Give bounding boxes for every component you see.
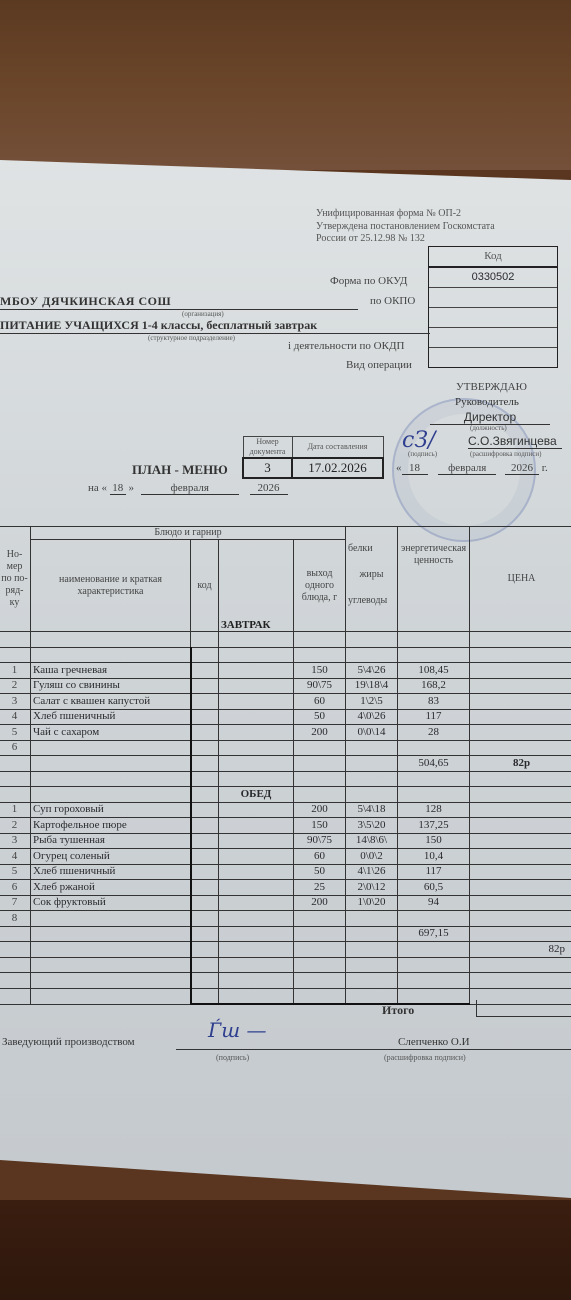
dish-code <box>191 663 219 679</box>
blank-row <box>0 957 571 973</box>
dish-price <box>470 833 571 849</box>
code-box-header: Код <box>429 247 557 268</box>
dish-name <box>31 911 191 927</box>
row-number: 6 <box>0 880 31 896</box>
dish-energy: 28 <box>398 725 470 741</box>
dish-yield: 25 <box>294 880 346 896</box>
okpo-value <box>429 288 557 308</box>
table-row: 5Хлеб пшеничный504\1\26117 <box>0 864 571 880</box>
table-row: 1Каша гречневая1505\4\26108,45 <box>0 663 571 679</box>
meal-col <box>219 694 294 710</box>
meal-col <box>219 678 294 694</box>
dish-code <box>191 818 219 834</box>
doc-number-label: Номер документа <box>243 437 292 459</box>
dish-name: Огурец соленый <box>31 849 191 865</box>
dish-name: Гуляш со свинины <box>31 678 191 694</box>
header-energy: энергетическая ценность <box>398 527 470 632</box>
footer-role: Заведующий производством <box>2 1036 135 1048</box>
row-number: 5 <box>0 725 31 741</box>
dish-bju: 4\1\26 <box>346 864 398 880</box>
approval-name-caption: (расшифровка подписи) <box>470 450 541 458</box>
dish-price <box>470 818 571 834</box>
dish-energy: 83 <box>398 694 470 710</box>
dish-code <box>191 802 219 818</box>
header-carbs: углеводы <box>348 595 395 607</box>
dish-energy: 128 <box>398 802 470 818</box>
dish-energy: 10,4 <box>398 849 470 865</box>
dish-yield: 150 <box>294 663 346 679</box>
form-header-line2: Утверждена постановлением Госкомстата <box>316 221 495 234</box>
itogo-label: Итого <box>382 1003 414 1018</box>
dish-name: Картофельное пюре <box>31 818 191 834</box>
form-header-line3: России от 25.12.98 № 132 <box>316 233 495 246</box>
lunch-header-row: ОБЕД <box>0 787 571 803</box>
code-empty-value <box>429 308 557 328</box>
operation-type-label: Вид операции <box>346 359 412 371</box>
footer-name-caption: (расшифровка подписи) <box>384 1053 466 1062</box>
approval-year-suffix: г. <box>542 462 548 474</box>
meal-col <box>219 833 294 849</box>
dish-name: Салат с квашен капустой <box>31 694 191 710</box>
approval-name: С.О.Звягинцева <box>468 434 562 449</box>
dish-code <box>191 725 219 741</box>
row-number: 6 <box>0 740 31 756</box>
dish-name: Суп гороховый <box>31 802 191 818</box>
meal-col <box>219 895 294 911</box>
dish-price <box>470 725 571 741</box>
menu-for-month: февраля <box>141 482 239 495</box>
meal-col <box>219 849 294 865</box>
dish-name: Каша гречневая <box>31 663 191 679</box>
dish-name: Хлеб ржаной <box>31 880 191 896</box>
lunch-rows: 1Суп гороховый2005\4\181282Картофельное … <box>0 802 571 926</box>
okpo-label: по ОКПО <box>370 295 415 307</box>
dish-price <box>470 709 571 725</box>
footer-signature-line <box>176 1049 571 1050</box>
dish-name <box>31 740 191 756</box>
lunch-total-row: 697,15 <box>0 926 571 942</box>
dish-energy <box>398 740 470 756</box>
row-number: 1 <box>0 802 31 818</box>
okud-value: 0330502 <box>429 268 557 288</box>
dish-yield: 200 <box>294 725 346 741</box>
row-number: 5 <box>0 864 31 880</box>
dish-code <box>191 911 219 927</box>
doc-number: 3 <box>243 458 292 478</box>
okud-label: Форма по ОКУД <box>330 275 407 287</box>
dish-code <box>191 678 219 694</box>
table-row: 4Хлеб пшеничный504\0\26117 <box>0 709 571 725</box>
table-row: 3Рыба тушенная90\7514\8\6\150 <box>0 833 571 849</box>
dish-price <box>470 694 571 710</box>
doc-date-label: Дата составления <box>292 437 383 459</box>
breakfast-total-price: 82р <box>470 756 571 772</box>
structural-unit: ПИТАНИЕ УЧАЩИХСЯ 1-4 классы, бесплатный … <box>0 318 430 334</box>
meal-col <box>219 663 294 679</box>
organization-caption: (организация) <box>182 310 224 318</box>
dish-yield <box>294 911 346 927</box>
dish-bju: 1\0\20 <box>346 895 398 911</box>
okdp-label: і деятельности по ОКДП <box>288 340 404 352</box>
header-code: код <box>191 540 219 632</box>
dish-energy: 168,2 <box>398 678 470 694</box>
row-number: 7 <box>0 895 31 911</box>
table-row: 4Огурец соленый600\0\210,4 <box>0 849 571 865</box>
code-box: Код 0330502 <box>428 246 558 368</box>
table-row: 6Хлеб ржаной252\0\1260,5 <box>0 880 571 896</box>
lunch-price-row: 82р <box>0 942 571 958</box>
header-price: ЦЕНА <box>470 527 571 632</box>
dish-bju <box>346 740 398 756</box>
approval-signature-caption: (подпись) <box>408 450 437 458</box>
approval-year: 2026 <box>505 462 539 475</box>
row-number: 4 <box>0 849 31 865</box>
menu-for-prefix: на <box>88 482 99 494</box>
meal-col <box>219 802 294 818</box>
menu-table: Но-мер по по-ряд-ку Блюдо и гарнир белки… <box>0 526 571 1005</box>
dish-bju: 5\4\18 <box>346 802 398 818</box>
form-header-line1: Унифицированная форма № ОП-2 <box>316 208 495 221</box>
dish-code <box>191 694 219 710</box>
breakfast-total-energy: 504,65 <box>398 756 470 772</box>
dish-energy: 94 <box>398 895 470 911</box>
menu-for-day: 18 <box>110 482 126 495</box>
menu-for-date: на « 18 » февраля 2026 <box>88 482 288 495</box>
dish-bju: 1\2\5 <box>346 694 398 710</box>
dish-bju: 5\4\26 <box>346 663 398 679</box>
dish-price <box>470 911 571 927</box>
organization-name: МБОУ ДЯЧКИНСКАЯ СОШ <box>0 294 358 310</box>
dish-bju: 14\8\6\ <box>346 833 398 849</box>
footer-signature-caption: (подпись) <box>216 1053 249 1062</box>
dish-code <box>191 880 219 896</box>
dish-price <box>470 849 571 865</box>
okdp-value <box>429 328 557 348</box>
dish-bju: 0\0\2 <box>346 849 398 865</box>
row-number: 3 <box>0 833 31 849</box>
lunch-price: 82р <box>470 942 571 958</box>
blank-row <box>0 771 571 787</box>
dish-energy: 150 <box>398 833 470 849</box>
document-title: ПЛАН - МЕНЮ <box>132 462 228 478</box>
approval-role: Руководитель <box>455 396 519 408</box>
dish-code <box>191 709 219 725</box>
table-row: 5Чай с сахаром2000\0\1428 <box>0 725 571 741</box>
dish-name: Хлеб пшеничный <box>31 864 191 880</box>
form-header: Унифицированная форма № ОП-2 Утверждена … <box>316 208 495 246</box>
dish-code <box>191 895 219 911</box>
dish-yield: 50 <box>294 864 346 880</box>
meal-col <box>219 864 294 880</box>
table-row: 3Салат с квашен капустой601\2\583 <box>0 694 571 710</box>
structural-unit-caption: (структурное подразделение) <box>148 334 235 342</box>
approval-date: «18 февраля 2026 г. <box>396 462 548 475</box>
row-number: 2 <box>0 818 31 834</box>
header-number: Но-мер по по-ряд-ку <box>0 527 31 632</box>
header-dish-group: Блюдо и гарнир <box>31 527 346 540</box>
dish-yield: 60 <box>294 849 346 865</box>
header-protein: белки <box>348 543 395 555</box>
dish-yield: 200 <box>294 895 346 911</box>
table-row: 8 <box>0 911 571 927</box>
dish-name: Сок фруктовый <box>31 895 191 911</box>
header-fat: жиры <box>348 569 395 581</box>
header-name: наименование и краткая характеристика <box>31 540 191 632</box>
header-meal-breakfast: ЗАВТРАК <box>219 540 294 632</box>
itogo-value-cell <box>476 1000 571 1017</box>
dish-price <box>470 663 571 679</box>
menu-for-year: 2026 <box>250 482 288 495</box>
breakfast-total-row: 504,65 82р <box>0 756 571 772</box>
header-yield: выход одного блюда, г <box>294 540 346 632</box>
dish-bju: 2\0\12 <box>346 880 398 896</box>
dish-price <box>470 802 571 818</box>
dish-yield: 200 <box>294 802 346 818</box>
lunch-label: ОБЕД <box>219 787 294 803</box>
dish-code <box>191 833 219 849</box>
wooden-table-background-top <box>0 0 571 170</box>
manager-signature: Ѓш — <box>208 1018 267 1042</box>
header-bju: белки жиры углеводы <box>346 527 398 632</box>
doc-date: 17.02.2026 <box>292 458 383 478</box>
dish-price <box>470 864 571 880</box>
blank-row <box>0 632 571 648</box>
dish-yield: 60 <box>294 694 346 710</box>
dish-name: Рыба тушенная <box>31 833 191 849</box>
dish-energy: 60,5 <box>398 880 470 896</box>
dish-bju <box>346 911 398 927</box>
table-row: 7Сок фруктовый2001\0\2094 <box>0 895 571 911</box>
approval-position-caption: (должность) <box>470 424 507 432</box>
dish-yield <box>294 740 346 756</box>
operation-type-value <box>429 348 557 367</box>
row-number: 8 <box>0 911 31 927</box>
approval-month: февраля <box>438 462 496 475</box>
table-row: 6 <box>0 740 571 756</box>
wooden-table-background-bottom <box>0 1200 571 1300</box>
blank-row <box>0 973 571 989</box>
blank-row <box>0 647 571 663</box>
meal-col <box>219 740 294 756</box>
dish-bju: 4\0\26 <box>346 709 398 725</box>
footer-name: Слепченко О.И <box>398 1036 470 1048</box>
dish-price <box>470 678 571 694</box>
dish-bju: 0\0\14 <box>346 725 398 741</box>
dish-price <box>470 895 571 911</box>
row-number: 2 <box>0 678 31 694</box>
approval-position: Директор <box>430 410 550 425</box>
meal-col <box>219 911 294 927</box>
document-number-box: Номер документа Дата составления 3 17.02… <box>242 436 384 479</box>
dish-name: Чай с сахаром <box>31 725 191 741</box>
row-number: 4 <box>0 709 31 725</box>
dish-energy: 137,25 <box>398 818 470 834</box>
dish-name: Хлеб пшеничный <box>31 709 191 725</box>
row-number: 3 <box>0 694 31 710</box>
dish-price <box>470 880 571 896</box>
dish-energy <box>398 911 470 927</box>
dish-energy: 117 <box>398 864 470 880</box>
approval-title: УТВЕРЖДАЮ <box>456 381 527 393</box>
dish-energy: 108,45 <box>398 663 470 679</box>
dish-code <box>191 864 219 880</box>
row-number: 1 <box>0 663 31 679</box>
dish-code <box>191 849 219 865</box>
table-row: 1Суп гороховый2005\4\18128 <box>0 802 571 818</box>
dish-yield: 150 <box>294 818 346 834</box>
meal-col <box>219 880 294 896</box>
breakfast-rows: 1Каша гречневая1505\4\26108,452Гуляш со … <box>0 663 571 756</box>
meal-col <box>219 725 294 741</box>
dish-bju: 19\18\4 <box>346 678 398 694</box>
dish-bju: 3\5\20 <box>346 818 398 834</box>
dish-price <box>470 740 571 756</box>
lunch-total-energy: 697,15 <box>398 926 470 942</box>
dish-energy: 117 <box>398 709 470 725</box>
table-row: 2Гуляш со свинины90\7519\18\4168,2 <box>0 678 571 694</box>
dish-yield: 90\75 <box>294 833 346 849</box>
dish-yield: 90\75 <box>294 678 346 694</box>
meal-col <box>219 818 294 834</box>
dish-yield: 50 <box>294 709 346 725</box>
meal-col <box>219 709 294 725</box>
table-row: 2Картофельное пюре1503\5\20137,25 <box>0 818 571 834</box>
approval-day: 18 <box>402 462 428 475</box>
dish-code <box>191 740 219 756</box>
